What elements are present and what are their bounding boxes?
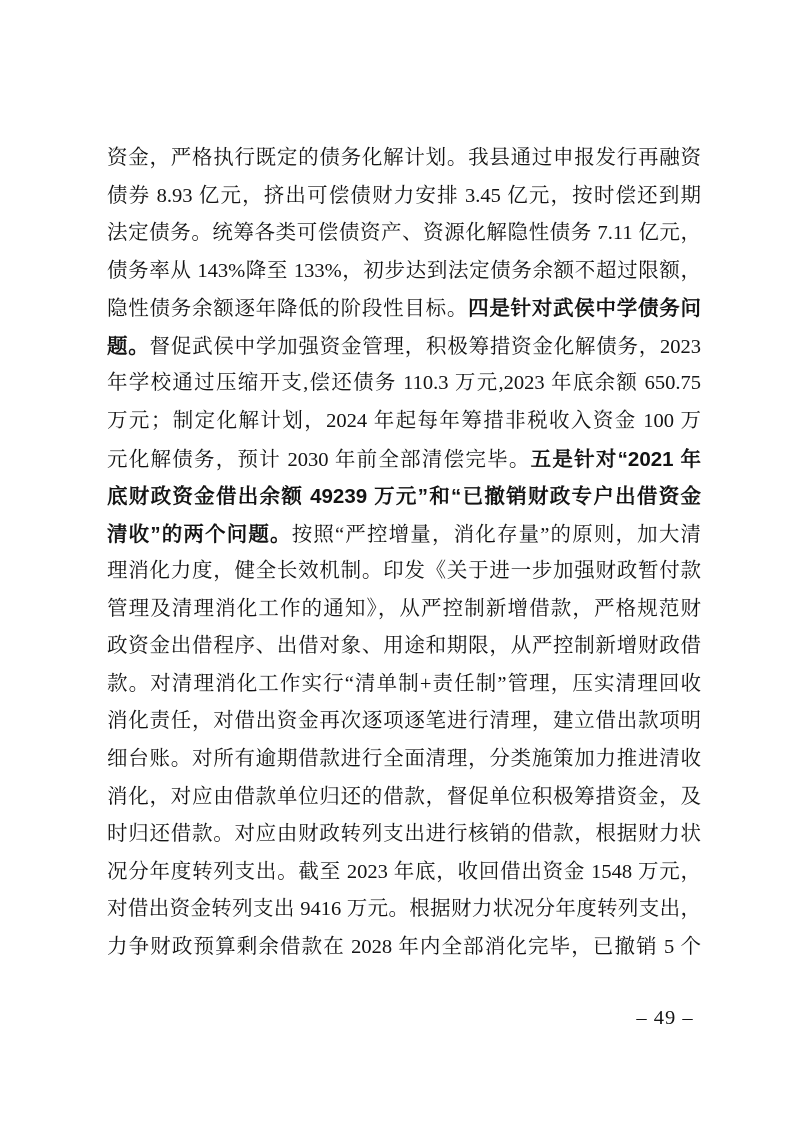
text-line: 债券 8.93 亿元，挤出可偿债财力安排 3.45 亿元，按时偿还到期 (107, 178, 701, 216)
text-segment: 债券 8.93 亿元，挤出可偿债财力安排 3.45 亿元，按时偿还到期 (107, 185, 701, 207)
bold-text-segment: 底财政资金借出余额 49239 万元”和“已撤销财政专户出借资金 (107, 485, 701, 508)
text-segment: 力争财政预算剩余借款在 2028 年内全部消化完毕，已撤销 5 个 (107, 936, 701, 958)
text-segment: 况分年度转列支出。截至 2023 年底，收回借出资金 1548 万元， (107, 861, 701, 883)
text-segment: 法定债务。统筹各类可偿债资产、资源化解隐性债务 7.11 亿元， (107, 222, 701, 244)
text-line: 元化解债务，预计 2030 年前全部清偿完毕。五是针对“2021 年 (107, 441, 701, 479)
text-segment: 万元；制定化解计划，2024 年起每年筹措非税收入资金 100 万 (107, 410, 701, 432)
text-segment: 理消化力度，健全长效机制。印发《关于进一步加强财政暂付款 (107, 560, 701, 582)
text-segment: 按照“严控增量，消化存量”的原则，加大清 (292, 524, 701, 546)
body-text: 资金，严格执行既定的债务化解计划。我县通过申报发行再融资债券 8.93 亿元，挤… (107, 140, 701, 966)
text-segment: 管理及清理消化工作的通知》，从严控制新增借款，严格规范财 (107, 598, 701, 620)
text-segment: 资金，严格执行既定的债务化解计划。我县通过申报发行再融资 (107, 147, 701, 169)
text-line: 消化，对应由借款单位归还的借款，督促单位积极筹措资金，及 (107, 779, 701, 817)
text-line: 款。对清理消化工作实行“清单制+责任制”管理，压实清理回收 (107, 666, 701, 704)
bold-text-segment: 五是针对“2021 年 (531, 448, 701, 471)
text-segment: 隐性债务余额逐年降低的阶段性目标。 (107, 298, 468, 320)
text-line: 管理及清理消化工作的通知》，从严控制新增借款，严格规范财 (107, 591, 701, 629)
text-line: 万元；制定化解计划，2024 年起每年筹措非税收入资金 100 万 (107, 403, 701, 441)
text-line: 隐性债务余额逐年降低的阶段性目标。四是针对武侯中学债务问 (107, 290, 701, 328)
text-segment: 细台账。对所有逾期借款进行全面清理，分类施策加力推进清收 (107, 748, 701, 770)
page-number: – 49 – (618, 1003, 712, 1033)
text-line: 理消化力度，健全长效机制。印发《关于进一步加强财政暂付款 (107, 553, 701, 591)
text-segment: 年学校通过压缩开支,偿还债务 110.3 万元,2023 年底余额 650.75 (107, 372, 701, 394)
text-line: 细台账。对所有逾期借款进行全面清理，分类施策加力推进清收 (107, 741, 701, 779)
text-line: 年学校通过压缩开支,偿还债务 110.3 万元,2023 年底余额 650.75 (107, 365, 701, 403)
text-line: 法定债务。统筹各类可偿债资产、资源化解隐性债务 7.11 亿元， (107, 215, 701, 253)
text-line: 力争财政预算剩余借款在 2028 年内全部消化完毕，已撤销 5 个 (107, 929, 701, 967)
text-segment: 债务率从 143%降至 133%，初步达到法定债务余额不超过限额， (107, 260, 701, 282)
bold-text-segment: 题。 (107, 335, 150, 358)
text-line: 底财政资金借出余额 49239 万元”和“已撤销财政专户出借资金 (107, 478, 701, 516)
text-line: 时归还借款。对应由财政转列支出进行核销的借款，根据财力状 (107, 816, 701, 854)
text-line: 清收”的两个问题。按照“严控增量，消化存量”的原则，加大清 (107, 516, 701, 554)
text-segment: 款。对清理消化工作实行“清单制+责任制”管理，压实清理回收 (107, 673, 701, 695)
text-line: 对借出资金转列支出 9416 万元。根据财力状况分年度转列支出， (107, 891, 701, 929)
text-segment: 元化解债务，预计 2030 年前全部清偿完毕。 (107, 449, 531, 471)
text-line: 题。督促武侯中学加强资金管理，积极筹措资金化解债务，2023 (107, 328, 701, 366)
text-line: 况分年度转列支出。截至 2023 年底，收回借出资金 1548 万元， (107, 854, 701, 892)
text-segment: 督促武侯中学加强资金管理，积极筹措资金化解债务，2023 (150, 336, 701, 358)
text-segment: 消化责任，对借出资金再次逐项逐笔进行清理，建立借出款项明 (107, 710, 701, 732)
text-segment: 消化，对应由借款单位归还的借款，督促单位积极筹措资金，及 (107, 786, 701, 808)
text-line: 债务率从 143%降至 133%，初步达到法定债务余额不超过限额， (107, 253, 701, 291)
text-line: 消化责任，对借出资金再次逐项逐笔进行清理，建立借出款项明 (107, 703, 701, 741)
text-line: 政资金出借程序、出借对象、用途和期限，从严控制新增财政借 (107, 628, 701, 666)
document-page: 资金，严格执行既定的债务化解计划。我县通过申报发行再融资债券 8.93 亿元，挤… (0, 0, 793, 1122)
bold-text-segment: 清收”的两个问题。 (107, 523, 292, 546)
text-segment: 时归还借款。对应由财政转列支出进行核销的借款，根据财力状 (107, 823, 701, 845)
text-segment: 对借出资金转列支出 9416 万元。根据财力状况分年度转列支出， (107, 898, 701, 920)
bold-text-segment: 四是针对武侯中学债务问 (468, 297, 701, 320)
text-segment: 政资金出借程序、出借对象、用途和期限，从严控制新增财政借 (107, 635, 701, 657)
text-line: 资金，严格执行既定的债务化解计划。我县通过申报发行再融资 (107, 140, 701, 178)
